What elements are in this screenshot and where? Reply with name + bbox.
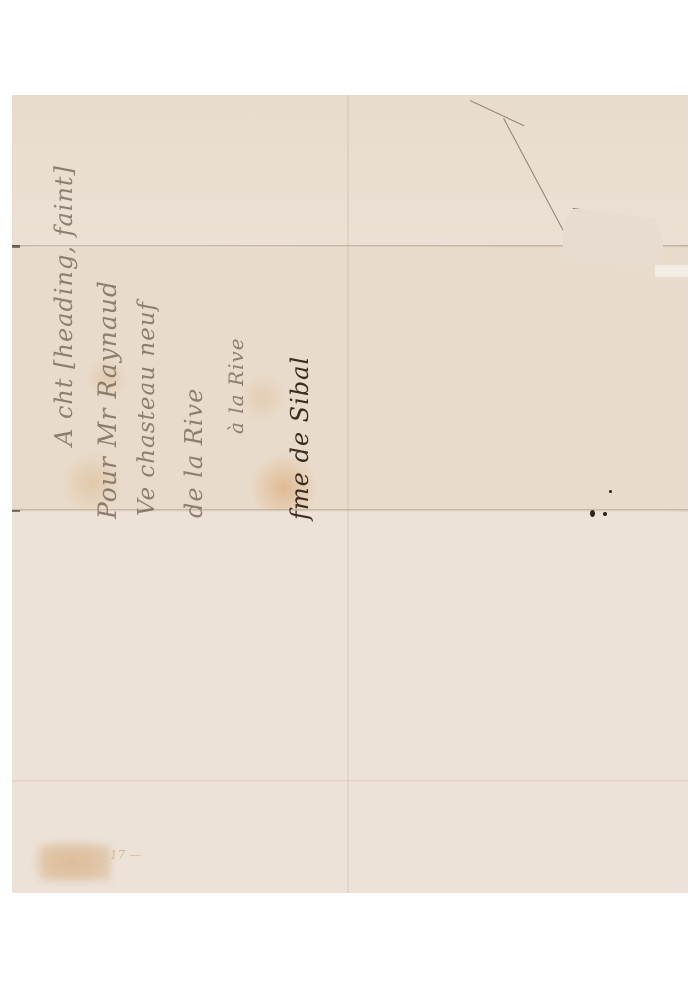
ink-blot: [590, 510, 595, 517]
bottom-fold-panel: [12, 512, 688, 893]
address-line-1: Pour Mr Raynaud: [93, 280, 122, 519]
ink-blot: [603, 512, 607, 516]
address-line-2: Ve chasteau neuf: [134, 301, 160, 516]
horizontal-fold-lower: [12, 780, 688, 783]
margin-note: 17 —: [110, 848, 141, 862]
signature-line: fme de Sibal: [286, 356, 314, 520]
stain: [40, 845, 110, 880]
torn-gap: [655, 265, 688, 277]
heading-line: A cht [heading, faint]: [50, 165, 78, 446]
ink-blot: [609, 490, 612, 493]
address-line-4: à la Rive: [224, 337, 248, 434]
vertical-fold: [347, 95, 349, 893]
address-line-3: de la Rive: [180, 388, 208, 518]
